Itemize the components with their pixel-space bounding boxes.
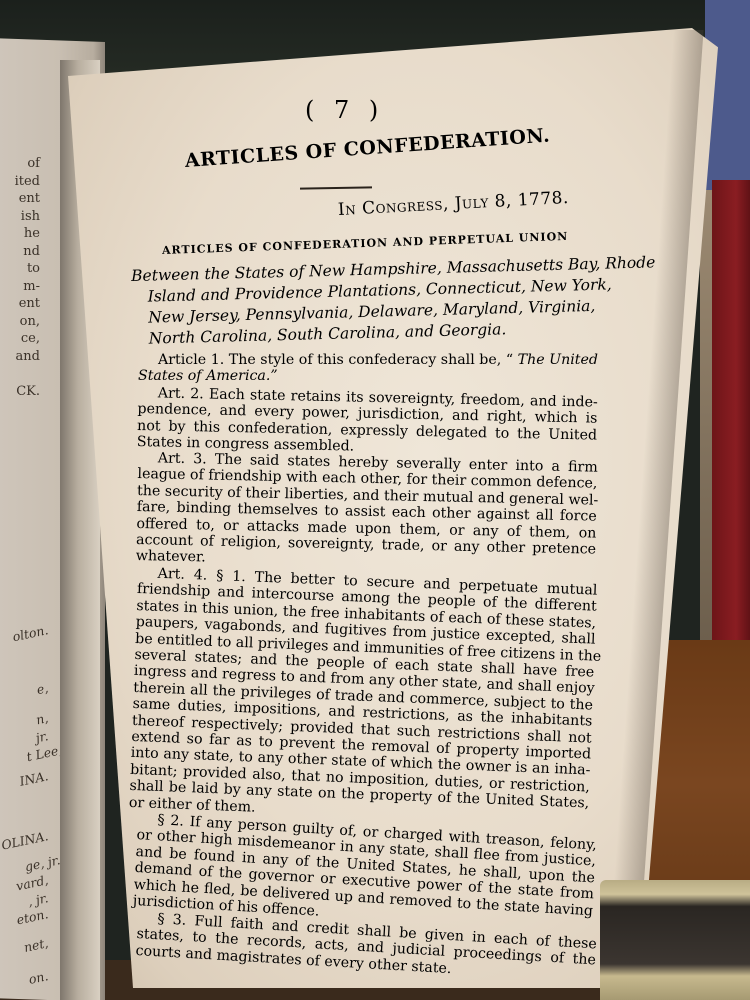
left-fragment: ited xyxy=(0,173,40,191)
left-fragment: he xyxy=(0,225,40,243)
left-fragment: ent xyxy=(0,295,40,313)
article-1: Article 1. The style of this confederacy… xyxy=(138,352,598,385)
article-1-italic: The United xyxy=(518,352,598,368)
article-3: Art. 3. The said states hereby severally… xyxy=(136,450,598,574)
article-1-text: Article 1. The style of this confederacy… xyxy=(158,352,518,368)
article-1-italic: States of America.” xyxy=(138,368,598,384)
page-number: ( 7 ) xyxy=(305,96,384,124)
left-page-text: of ited ent ish he nd to m- ent on, ce, … xyxy=(0,155,40,400)
left-fragment: and xyxy=(0,348,40,366)
left-fragment: to xyxy=(0,260,40,278)
article-2: Art. 2. Each state retains its sovereign… xyxy=(137,385,598,460)
left-fragment: ce, xyxy=(0,330,40,348)
brass-bookend xyxy=(600,880,750,1000)
left-fragment: of xyxy=(0,155,40,173)
left-fragment: nd xyxy=(0,243,40,261)
photo-scene: of ited ent ish he nd to m- ent on, ce, … xyxy=(0,0,750,1000)
left-fragment: CK. xyxy=(0,383,40,401)
red-book-cover xyxy=(712,180,750,680)
left-fragment: on, xyxy=(0,313,40,331)
left-fragment: m- xyxy=(0,278,40,296)
left-fragment: ent xyxy=(0,190,40,208)
articles-body: Article 1. The style of this confederacy… xyxy=(138,352,598,959)
left-fragment: ish xyxy=(0,208,40,226)
left-fragment xyxy=(0,365,40,383)
states-list: Between the States of New Hampshire, Mas… xyxy=(131,254,601,350)
article-4-section-1: Art. 4. § 1. The better to secure and pe… xyxy=(129,565,598,829)
